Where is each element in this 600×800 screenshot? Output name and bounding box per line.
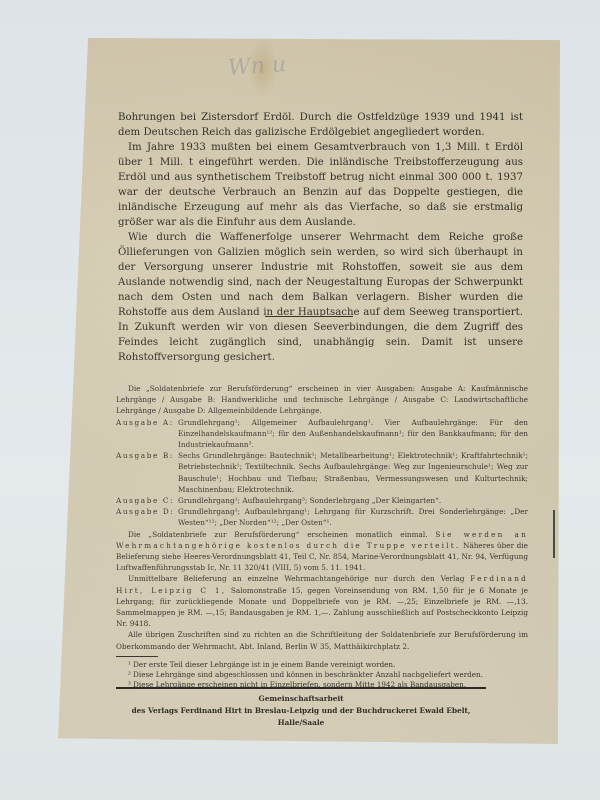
stain bbox=[248, 38, 278, 98]
edition-label: Ausgabe C: bbox=[116, 495, 178, 506]
edition-a: Ausgabe A: Grundlehrgang¹; Allgemeiner A… bbox=[116, 417, 528, 451]
edition-d: Ausgabe D: Grundlehrgang¹; Aufbaulehrgan… bbox=[116, 506, 528, 528]
edition-text: Grundlehrgang¹; Allgemeiner Aufbaulehrga… bbox=[178, 417, 528, 451]
main-text: Bohrungen bei Zistersdorf Erdöl. Durch d… bbox=[118, 110, 523, 365]
publication-info: Die „Soldatenbriefe zur Berufsförderung“… bbox=[116, 383, 528, 690]
footnote: ¹ Der erste Teil dieser Lehrgänge ist in… bbox=[116, 660, 528, 670]
staple-icon bbox=[553, 510, 555, 558]
delivery-lead: Unmittelbare Belieferung an einzelne Weh… bbox=[128, 574, 464, 583]
edition-label: Ausgabe D: bbox=[116, 506, 178, 528]
footnote: ³ Diese Lehrgänge erscheinen nicht in Ei… bbox=[116, 680, 528, 690]
footnote-divider bbox=[116, 656, 158, 657]
edition-text: Grundlehrgang¹; Aufbaulehrgang³; Sonderl… bbox=[178, 495, 528, 506]
colophon-rule bbox=[116, 687, 486, 689]
publisher-name: Ferdinand Hirt, Leipzig C 1, bbox=[116, 574, 528, 594]
colophon-title: Gemeinschaftsarbeit bbox=[116, 693, 486, 705]
colophon: Gemeinschaftsarbeit des Verlags Ferdinan… bbox=[116, 693, 486, 729]
delivery-note: Unmittelbare Belieferung an einzelne Weh… bbox=[116, 573, 528, 629]
contact-note: Alle übrigen Zuschriften sind zu richten… bbox=[116, 629, 528, 651]
distribution-rest: Näheres über die Belieferung siehe Heere… bbox=[116, 541, 528, 572]
paragraph: Bohrungen bei Zistersdorf Erdöl. Durch d… bbox=[118, 110, 523, 140]
footnote: ² Diese Lehrgänge sind abgeschlossen und… bbox=[116, 670, 528, 680]
delivery-rest: Salomonstraße 15, gegen Voreinsendung vo… bbox=[116, 586, 528, 629]
edition-text: Grundlehrgang¹; Aufbaulehrgang¹; Lehrgan… bbox=[178, 506, 528, 528]
paragraph: Wie durch die Waffenerfolge unserer Wehr… bbox=[118, 230, 523, 365]
colophon-text: des Verlags Ferdinand Hirt in Breslau-Le… bbox=[116, 705, 486, 729]
divider bbox=[265, 316, 353, 317]
edition-label: Ausgabe A: bbox=[116, 417, 178, 451]
edition-text: Sechs Grundlehrgänge: Bautechnik¹; Metal… bbox=[178, 450, 528, 495]
paragraph: Im Jahre 1933 mußten bei einem Gesamtver… bbox=[118, 140, 523, 230]
distribution-lead: Die „Soldatenbriefe zur Berufsförderung“… bbox=[128, 530, 428, 539]
edition-b: Ausgabe B: Sechs Grundlehrgänge: Bautech… bbox=[116, 450, 528, 495]
editions-intro: Die „Soldatenbriefe zur Berufsförderung“… bbox=[116, 383, 528, 417]
edition-c: Ausgabe C: Grundlehrgang¹; Aufbaulehrgan… bbox=[116, 495, 528, 506]
pencil-handwriting: Wn u bbox=[227, 52, 287, 81]
distribution-note: Die „Soldatenbriefe zur Berufsförderung“… bbox=[116, 529, 528, 574]
booklet-back-page: Wn u Bohrungen bei Zistersdorf Erdöl. Du… bbox=[58, 38, 560, 744]
edition-label: Ausgabe B: bbox=[116, 450, 178, 495]
distribution-spaced: Sie werden an Wehrmachtangehörige kosten… bbox=[116, 530, 528, 550]
